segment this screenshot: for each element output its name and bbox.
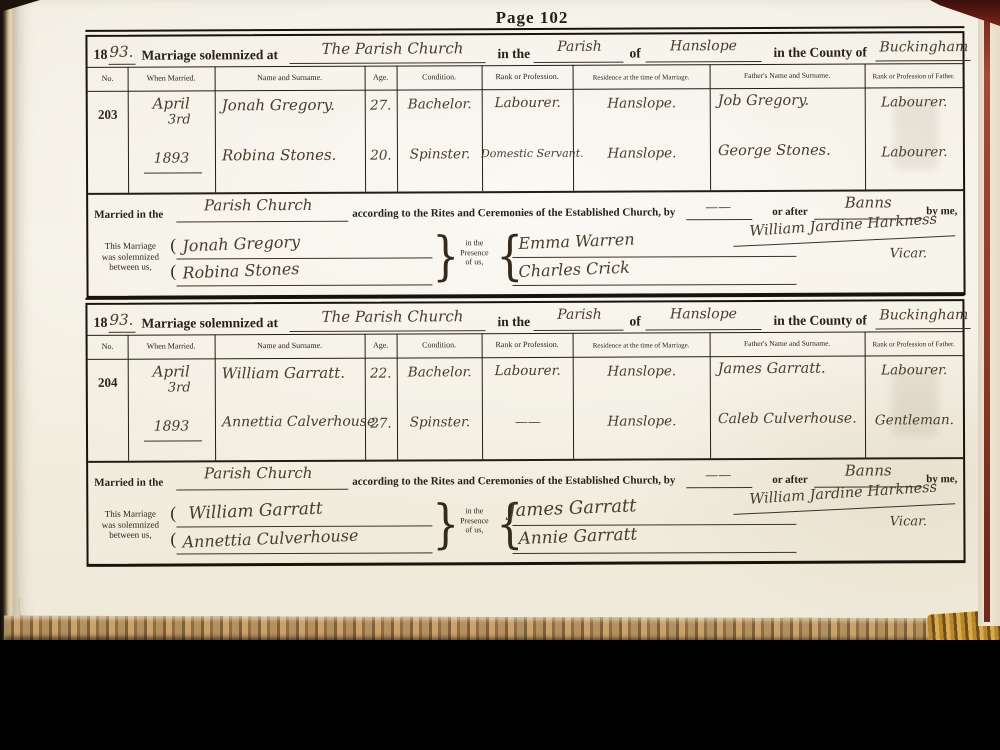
column-divider: [865, 64, 867, 190]
year-prefix: 18: [93, 316, 107, 332]
parish-handwritten: Parish: [535, 307, 623, 323]
underline: [534, 62, 624, 63]
rites-label: according to the Rites and Ceremonies of…: [352, 474, 675, 487]
photo-background: [0, 640, 1000, 750]
year-handwritten: 93.: [109, 311, 133, 329]
col-header-no: No.: [88, 74, 128, 83]
label-line: This Marriage: [105, 509, 156, 519]
column-divider: [128, 335, 130, 461]
county-handwritten: Buckingham: [879, 39, 968, 55]
label-line: was solemnized: [102, 251, 159, 261]
label-line: Presence: [460, 516, 488, 525]
label-line: This Marriage: [105, 241, 156, 251]
col-header-father-name: Father's Name and Surname.: [710, 339, 865, 349]
rites-label: according to the Rites and Ceremonies of…: [352, 206, 675, 219]
church-handwritten: Parish Church: [183, 196, 333, 215]
column-divider: [215, 334, 217, 460]
col-header-profession: Rank or Profession.: [482, 340, 573, 349]
married-in-label: Married in the: [94, 477, 163, 489]
bride-condition: Spinster.: [398, 146, 482, 162]
grid-line: [88, 63, 963, 68]
bride-residence: Hanslope.: [574, 145, 710, 162]
col-header-age: Age.: [365, 73, 397, 82]
date-month: April: [128, 362, 215, 380]
party2-signature: Robina Stones: [182, 259, 300, 283]
label-line: was solemnized: [102, 519, 159, 529]
groom-name: William Garratt.: [222, 364, 345, 383]
underline: [176, 489, 348, 491]
column-divider: [397, 334, 399, 460]
paren-mark: (: [170, 262, 176, 282]
of-label: of: [629, 313, 640, 329]
ink-bleed-artifact: [892, 370, 938, 436]
column-divider: [710, 64, 712, 190]
column-divider: [482, 65, 484, 191]
col-header-name: Name and Surname.: [215, 341, 365, 351]
label-line: in the: [465, 238, 483, 247]
parish-name-handwritten: Hanslope: [647, 306, 759, 322]
place-handwritten: The Parish Church: [292, 39, 492, 58]
church-handwritten: Parish Church: [183, 464, 333, 483]
place-handwritten: The Parish Church: [292, 307, 492, 326]
label-line: of us,: [466, 525, 484, 534]
groom-profession: Labourer.: [483, 95, 573, 111]
year-handwritten: 93.: [109, 43, 133, 61]
column-divider: [865, 332, 867, 458]
register-page: Page 102 18 93. Marriage solemnized at T…: [14, 0, 982, 630]
bride-age: 20.: [365, 148, 397, 164]
underline: [512, 256, 796, 258]
column-divider: [365, 334, 367, 460]
col-header-age: Age.: [365, 341, 397, 350]
witness1-signature: Emma Warren: [518, 230, 635, 254]
groom-residence: Hanslope.: [574, 95, 710, 112]
presence-label: in the Presence of us,: [450, 506, 498, 535]
groom-age: 27.: [365, 98, 397, 114]
parish-handwritten: Parish: [535, 39, 623, 55]
paren-mark: (: [170, 504, 176, 524]
bride-profession: ——: [481, 415, 575, 430]
presence-label: in the Presence of us,: [450, 238, 498, 267]
this-marriage-label: This Marriage was solemnized between us,: [92, 509, 168, 541]
bride-condition: Spinster.: [398, 414, 482, 430]
bride-profession: Domestic Servant.: [481, 147, 575, 160]
column-divider: [573, 333, 575, 459]
col-header-father-profession: Rank or Profession of Father.: [865, 340, 963, 348]
officiant-title: Vicar.: [863, 246, 953, 261]
date-year: 1893: [128, 150, 215, 166]
paren-mark: (: [170, 530, 176, 550]
bride-father-name: George Stones.: [718, 143, 831, 159]
column-divider: [128, 67, 130, 193]
col-header-residence: Residence at the time of Marriage.: [573, 73, 710, 82]
groom-profession: Labourer.: [483, 363, 573, 379]
officiant-title: Vicar.: [863, 514, 953, 529]
bride-father-name: Caleb Culverhouse.: [718, 411, 857, 428]
underline: [876, 328, 971, 329]
married-in-label: Married in the: [94, 209, 163, 221]
solemnized-at-label: Marriage solemnized at: [141, 315, 278, 332]
witness1-signature: James Garratt: [508, 495, 637, 521]
underline: [686, 487, 752, 488]
column-divider: [365, 66, 367, 192]
county-label: in the County of: [773, 313, 866, 329]
col-header-father-name: Father's Name and Surname.: [710, 71, 865, 81]
bride-name: Robina Stones.: [222, 146, 337, 164]
grid-line: [88, 355, 963, 360]
page-number-heading: Page 102: [432, 8, 632, 28]
witness2-signature: Annie Garratt: [518, 524, 638, 549]
grid-line: [88, 87, 963, 92]
bride-name: Annettia Calverhouse.: [222, 414, 380, 431]
solemnized-at-label: Marriage solemnized at: [141, 47, 278, 64]
label-line: between us,: [109, 530, 152, 540]
register-book-photo: Page 102 18 93. Marriage solemnized at T…: [0, 0, 1000, 750]
col-header-condition: Condition.: [397, 340, 482, 349]
entry-number: 204: [88, 375, 128, 391]
underline: [177, 284, 433, 286]
underline: [646, 61, 762, 63]
groom-residence: Hanslope.: [574, 363, 710, 380]
date-year: 1893: [128, 418, 215, 434]
column-divider: [482, 333, 484, 459]
column-divider: [397, 66, 399, 192]
label-line: of us,: [466, 257, 484, 266]
groom-father-name: Job Gregory.: [718, 93, 809, 109]
county-handwritten: Buckingham: [879, 307, 968, 323]
underline: [290, 330, 486, 332]
date-month: April: [128, 94, 215, 112]
by-dash-handwritten: ——: [690, 468, 746, 483]
ink-bleed-artifact: [894, 100, 938, 170]
groom-age: 22.: [365, 366, 397, 382]
col-header-profession: Rank or Profession.: [482, 72, 573, 81]
label-line: Presence: [460, 248, 488, 257]
by-dash-handwritten: ——: [690, 200, 746, 215]
or-after-label: or after: [772, 206, 808, 218]
underline: [686, 219, 752, 220]
underline: [876, 60, 971, 61]
banns-handwritten: Banns: [818, 193, 918, 211]
groom-name: Jonah Gregory.: [222, 96, 335, 114]
underline: [109, 64, 136, 65]
bride-residence: Hanslope.: [574, 413, 710, 430]
or-after-label: or after: [772, 474, 808, 486]
underline: [176, 221, 348, 223]
date-day: 3rd: [136, 112, 223, 127]
underline: [646, 329, 762, 331]
date-day: 3rd: [136, 380, 223, 395]
bride-age: 27.: [365, 416, 397, 432]
col-header-when-married: When Married.: [128, 341, 215, 350]
party1-signature: William Garratt: [188, 499, 323, 524]
this-marriage-label: This Marriage was solemnized between us,: [92, 241, 168, 273]
parish-name-handwritten: Hanslope: [647, 38, 759, 54]
underline: [109, 332, 136, 333]
underline: [144, 440, 202, 441]
groom-condition: Bachelor.: [398, 96, 482, 112]
col-header-name: Name and Surname.: [215, 73, 365, 83]
underline: [290, 62, 486, 64]
col-header-when-married: When Married.: [128, 73, 215, 82]
party1-signature: Jonah Gregory: [182, 232, 300, 256]
county-label: in the County of: [773, 45, 866, 61]
grid-line: [88, 331, 963, 336]
underline: [513, 552, 797, 554]
column-divider: [215, 66, 217, 192]
groom-father-name: James Garratt.: [718, 361, 826, 377]
col-header-father-profession: Rank or Profession of Father.: [865, 72, 963, 80]
paren-mark: (: [170, 236, 176, 256]
marriage-record-block-204: 18 93. Marriage solemnized at The Parish…: [85, 299, 965, 567]
marriage-record-block-203: 18 93. Marriage solemnized at The Parish…: [85, 31, 965, 299]
book-cover-edge: [984, 0, 990, 622]
witness2-signature: Charles Crick: [518, 258, 630, 281]
of-label: of: [629, 45, 640, 61]
entry-number: 203: [88, 107, 128, 123]
col-header-residence: Residence at the time of Marriage.: [573, 341, 710, 350]
underline: [177, 552, 433, 554]
year-prefix: 18: [93, 48, 107, 64]
underline: [534, 330, 624, 331]
groom-condition: Bachelor.: [398, 364, 482, 380]
in-the-label: in the: [497, 314, 530, 330]
col-header-condition: Condition.: [397, 72, 482, 81]
underline: [176, 257, 432, 259]
label-line: in the: [465, 506, 483, 515]
underline: [144, 172, 202, 173]
col-header-no: No.: [88, 342, 128, 351]
underline: [513, 284, 797, 286]
column-divider: [710, 332, 712, 458]
column-divider: [573, 65, 575, 191]
label-line: between us,: [109, 262, 152, 272]
party2-signature: Annettia Culverhouse: [182, 526, 359, 552]
underline: [512, 524, 796, 526]
banns-handwritten: Banns: [818, 461, 918, 479]
in-the-label: in the: [497, 46, 530, 62]
